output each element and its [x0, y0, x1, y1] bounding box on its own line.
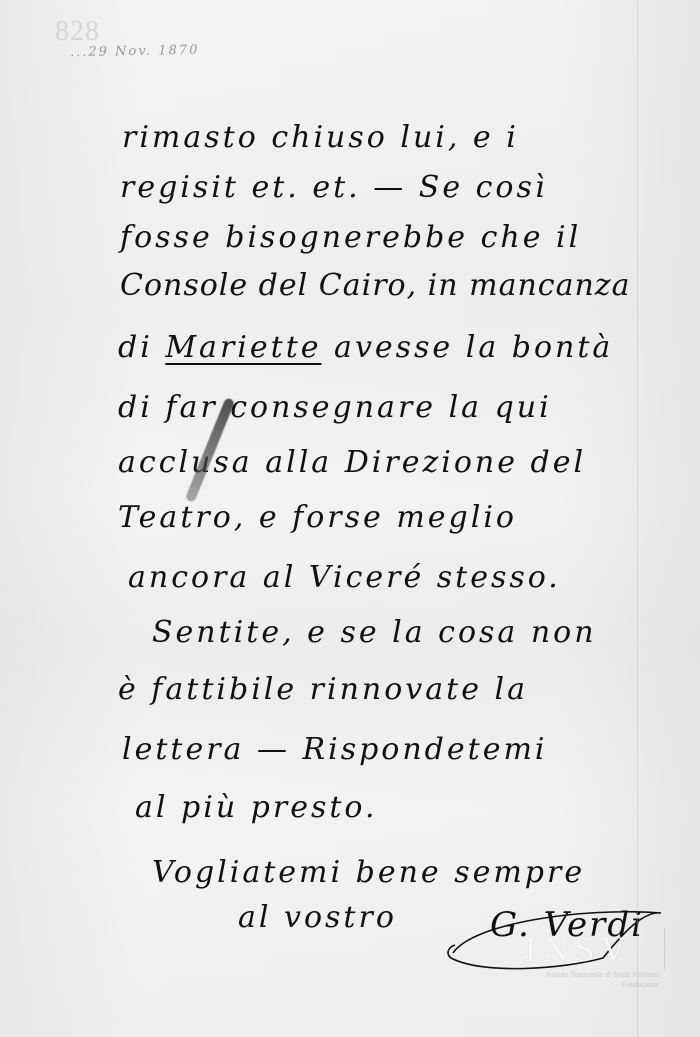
letter-page: 828 ...29 Nov. 1870 rimasto chiuso lui, … [0, 0, 700, 1037]
letter-line-14: Vogliatemi bene sempre [152, 855, 585, 890]
letter-line-15: al vostro [238, 900, 397, 935]
watermark-caption-2: Fondazione [497, 980, 665, 990]
letter-line-11: è fattibile rinnovate la [118, 672, 528, 707]
letter-line-12: lettera — Rispondetemi [122, 732, 548, 767]
letter-line-8: Teatro, e forse meglio [118, 500, 517, 535]
archive-number: 828 [55, 16, 100, 48]
letter-line-6: di far consegnare la qui [118, 390, 552, 425]
letter-line-7: acclusa alla Direzione del [118, 445, 586, 480]
letter-line-13: al più presto. [135, 790, 378, 825]
letter-line-3: fosse bisognerebbe che il [120, 220, 581, 255]
watermark-caption-1: Istituto Nazionale di Studi Verdiani [497, 970, 665, 980]
letter-line-10: Sentite, e se la cosa non [152, 615, 597, 650]
letter-line-9: ancora al Viceré stesso. [128, 560, 561, 595]
letter-line-1: rimasto chiuso lui, e i [122, 120, 519, 155]
letter-line-2: regisit et. et. — Se così [120, 170, 547, 205]
header-note: ...29 Nov. 1870 [70, 43, 200, 60]
watermark-logo: INSV [497, 928, 665, 970]
institute-watermark: INSV Istituto Nazionale di Studi Verdian… [497, 928, 665, 990]
letter-line-4: Console del Cairo, in mancanza [120, 268, 630, 303]
